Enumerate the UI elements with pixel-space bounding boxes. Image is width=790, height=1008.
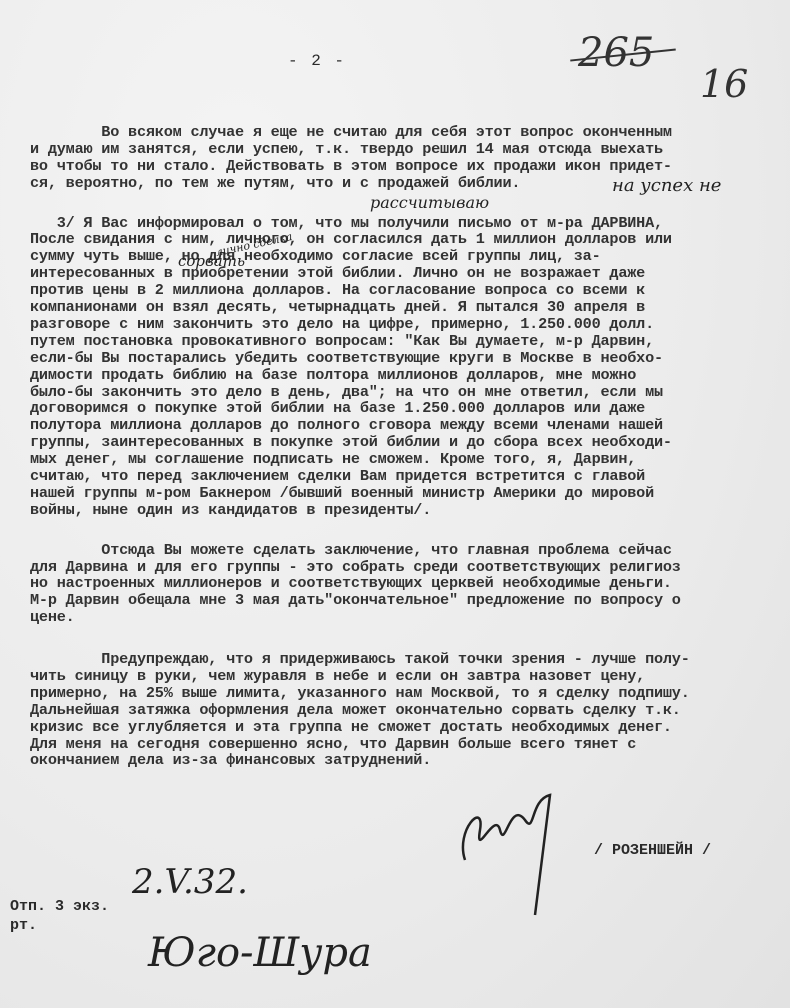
text-line: если-бы Вы постарались убедить соответст… xyxy=(30,349,663,367)
text-line: полутора миллиона долларов до полного сг… xyxy=(30,416,663,434)
text-line: Отсюда Вы можете сделать заключение, что… xyxy=(30,541,672,559)
text-line: димости продать библию на базе полтора м… xyxy=(30,366,636,384)
text-line: было-бы закончить это дело в день, два";… xyxy=(30,383,663,401)
text-line: цене. xyxy=(30,608,75,626)
copy-note-initials: рт. xyxy=(10,917,37,934)
text-line: путем постановка провокативного вопросам… xyxy=(30,332,654,350)
copy-note: Отп. 3 экз. xyxy=(10,898,109,915)
text-line: разговоре с ним закончить это дело на ци… xyxy=(30,315,654,333)
document-page: - 2 - 265 16 Во всяком случае я еще не с… xyxy=(0,0,790,1008)
text-line: войны, ныне один из кандидатов в президе… xyxy=(30,501,431,519)
text-line: кризис все углубляется и эта группа не с… xyxy=(30,718,672,736)
text-line: Для меня на сегодня совершенно ясно, что… xyxy=(30,735,636,753)
text-line: ся, вероятно, по тем же путям, что и с п… xyxy=(30,174,520,192)
handwritten-note: рассчитываю xyxy=(370,193,489,212)
text-line: и думаю им занятся, если успею, т.к. тве… xyxy=(30,140,663,158)
text-line: мых денег, мы соглашение подписать не см… xyxy=(30,450,636,468)
text-line: чить синицу в руки, чем журавля в небе и… xyxy=(30,667,645,685)
text-line: для Дарвина и для его группы - это собра… xyxy=(30,558,681,576)
handwritten-note: на успех не xyxy=(612,175,721,196)
text-line: во чтобы то ни стало. Действовать в этом… xyxy=(30,157,672,175)
text-line: сумму чуть выше, но для необходимо согла… xyxy=(30,247,601,265)
archive-number: 16 xyxy=(700,62,748,106)
text-line: договоримся о покупке этой библии на баз… xyxy=(30,399,645,417)
text-line: Во всяком случае я еще не считаю для себ… xyxy=(30,123,672,141)
page-number: - 2 - xyxy=(288,52,346,70)
handwritten-date: 2.V.32. xyxy=(132,862,248,902)
text-line: но настроенных миллионеров и соответству… xyxy=(30,574,672,592)
text-line: нашей группы м-ром Бакнером /бывший воен… xyxy=(30,484,654,502)
text-line: М-р Дарвин обещала мне 3 мая дать"оконча… xyxy=(30,591,681,609)
handwritten-name: Юго-Шура xyxy=(148,930,372,976)
text-line: считаю, что перед заключением сделки Вам… xyxy=(30,467,645,485)
text-line: окончанием дела из-за финансовых затрудн… xyxy=(30,751,431,769)
text-line: 3/ Я Вас информировал о том, что мы полу… xyxy=(30,214,663,232)
text-line: компанионами он взял десять, четырнадцат… xyxy=(30,298,645,316)
signatory-name: / РОЗЕНШЕЙН / xyxy=(594,842,711,859)
text-line: Предупреждаю, что я придерживаюсь такой … xyxy=(30,650,690,668)
text-line: интересованных в приобретении этой библи… xyxy=(30,264,645,282)
text-line: Дальнейшая затяжка оформления дела может… xyxy=(30,701,681,719)
signature-mark xyxy=(455,790,585,920)
text-line: против цены в 2 миллиона долларов. На со… xyxy=(30,281,645,299)
text-line: группы, заинтересованных в покупке этой … xyxy=(30,433,672,451)
archive-number-crossed: 265 xyxy=(578,30,654,76)
text-line: примерно, на 25% выше лимита, указанного… xyxy=(30,684,690,702)
text-line: После свидания с ним, личного, он соглас… xyxy=(30,230,672,248)
